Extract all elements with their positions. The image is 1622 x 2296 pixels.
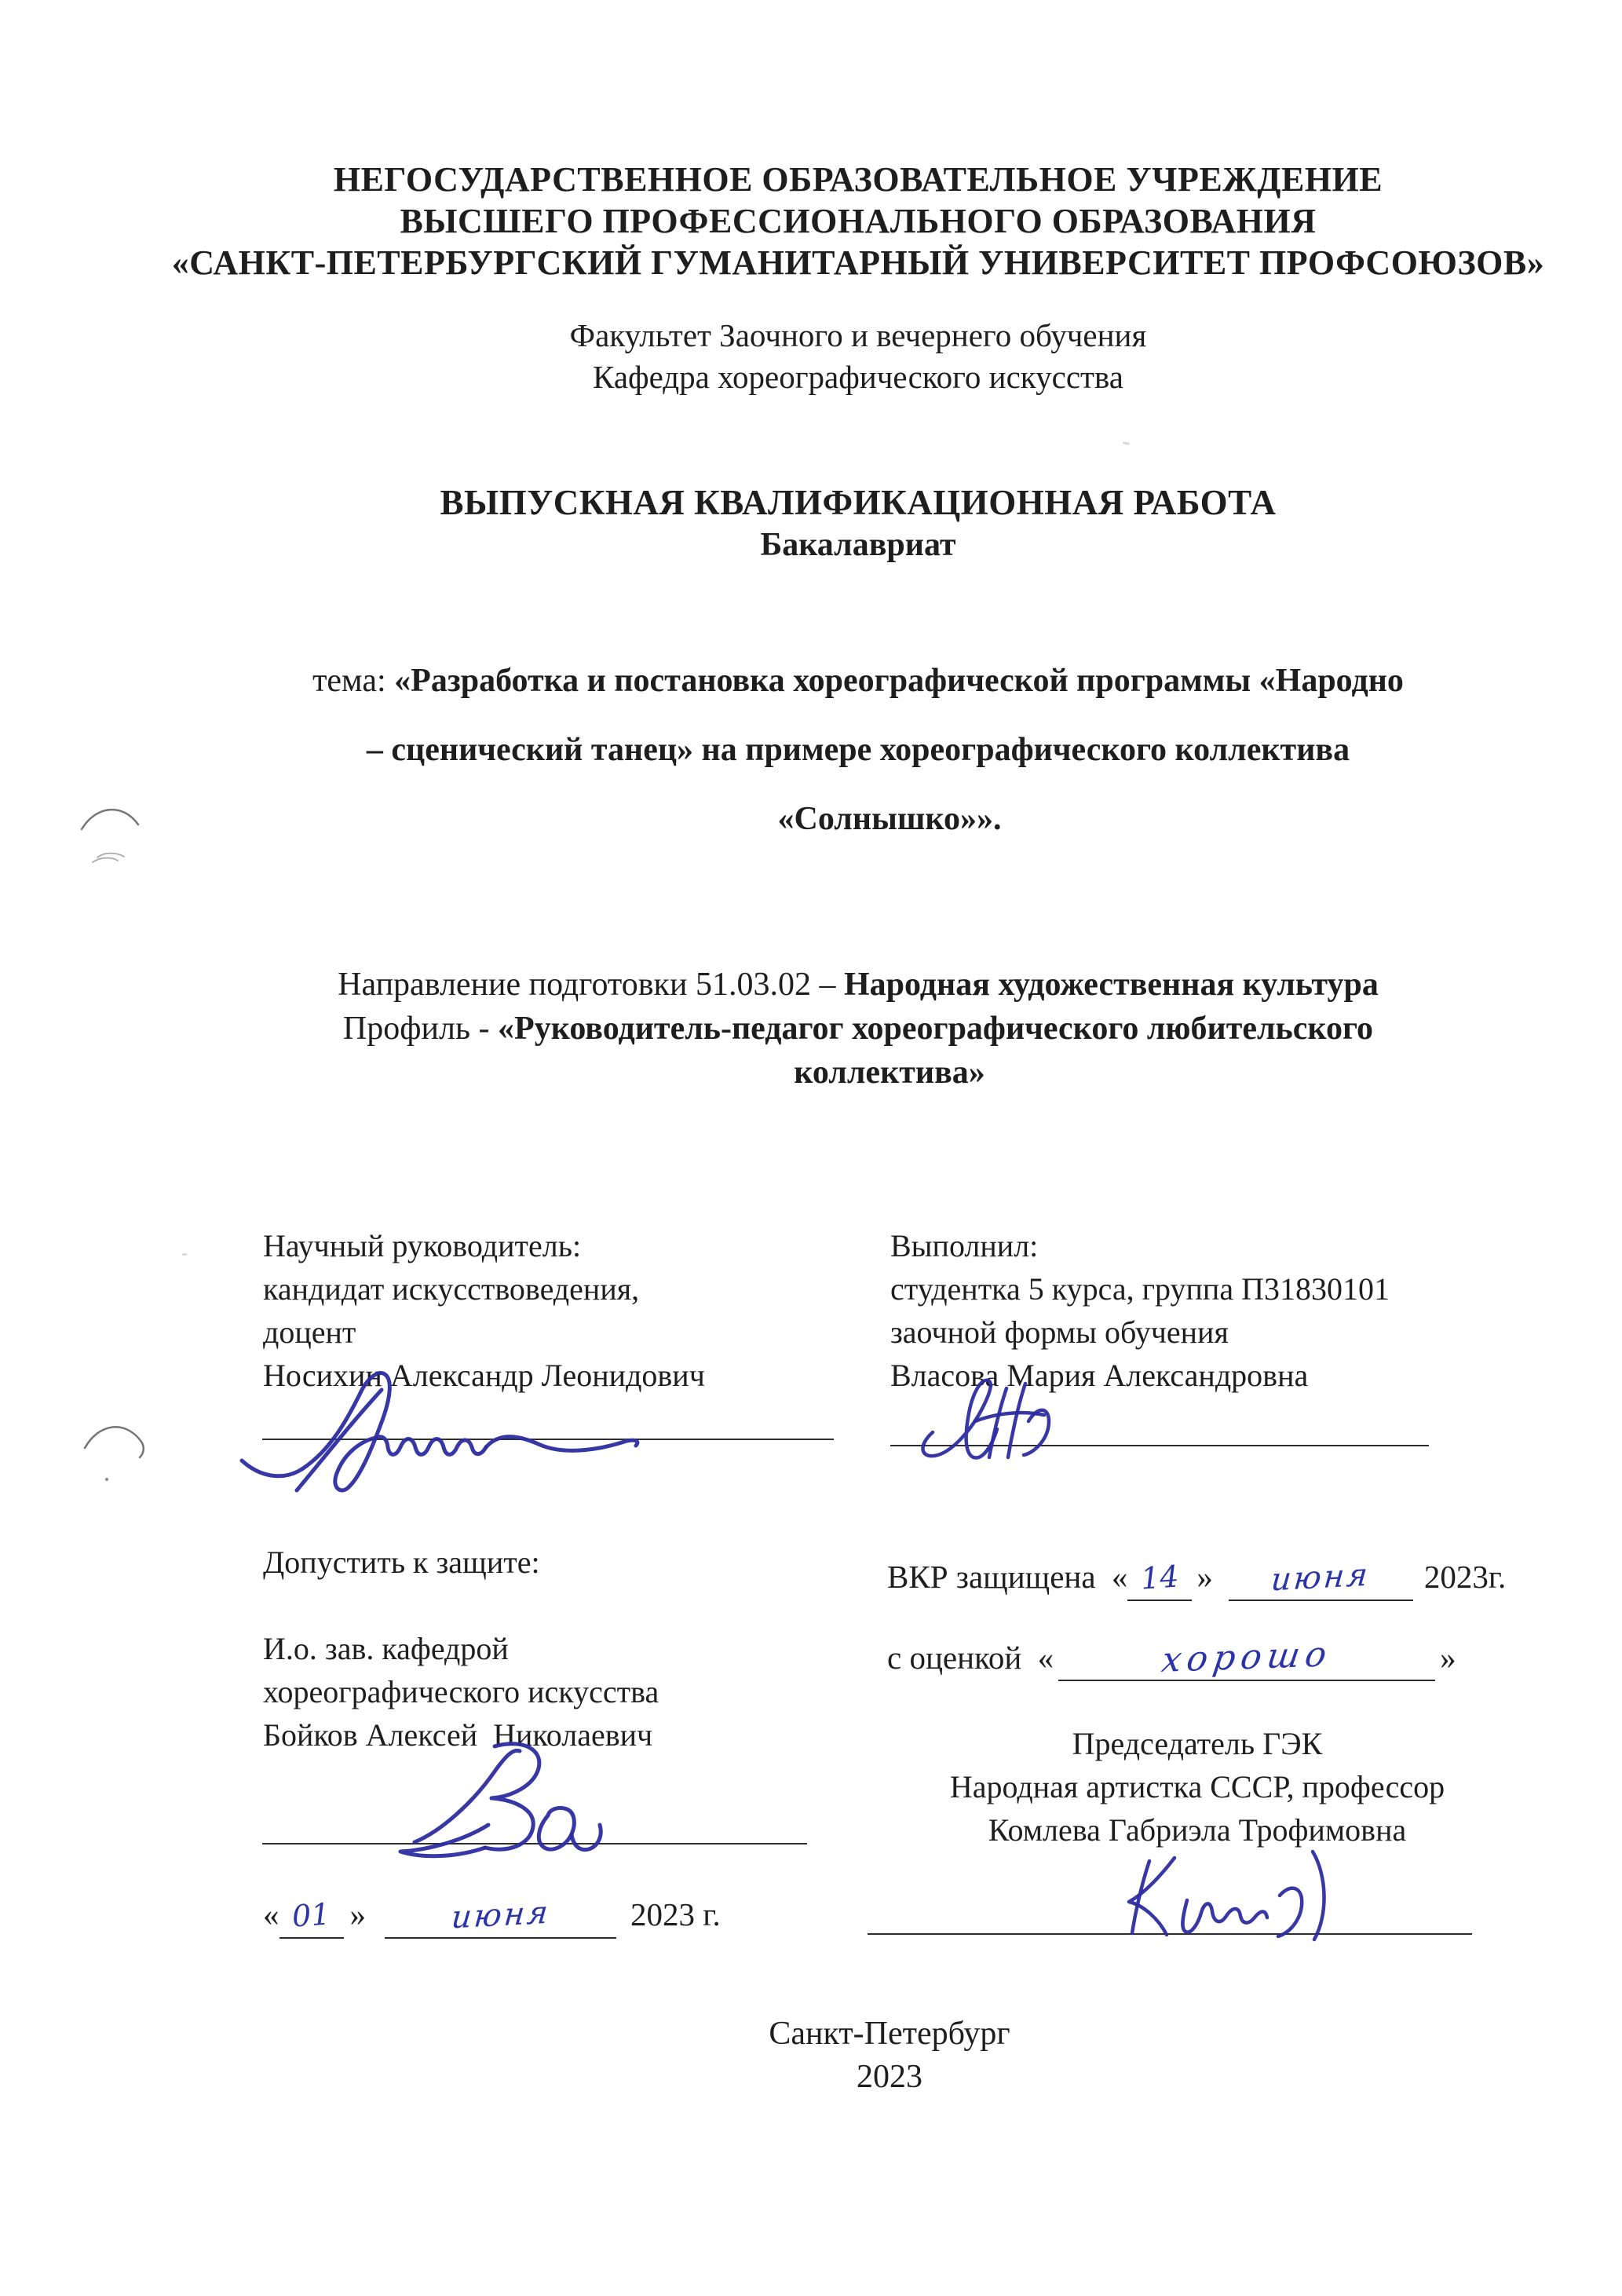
admission-date-row: «01»июня2023 г.	[263, 1894, 721, 1939]
student-signature	[909, 1376, 1074, 1468]
work-type-title: ВЫПУСКНАЯ КВАЛИФИКАЦИОННАЯ РАБОТА	[47, 482, 1622, 523]
university-name-line1: НЕГОСУДАРСТВЕННОЕ ОБРАЗОВАТЕЛЬНОЕ УЧРЕЖД…	[47, 159, 1622, 199]
defense-month-blank: июня	[1229, 1556, 1413, 1601]
close-quote: »	[1440, 1640, 1456, 1676]
degree-level: Бакалавриат	[47, 526, 1622, 564]
close-quote: »	[1196, 1559, 1213, 1595]
thesis-title-page: НЕГОСУДАРСТВЕННОЕ ОБРАЗОВАТЕЛЬНОЕ УЧРЕЖД…	[0, 0, 1622, 2296]
student-info2: заочной формы обучения	[890, 1314, 1229, 1351]
defense-day-handwritten: 14	[1139, 1556, 1180, 1599]
admission-year: 2023 г.	[630, 1896, 721, 1932]
admission-label: Допустить к защите:	[263, 1544, 540, 1581]
admission-position1: И.о. зав. кафедрой	[263, 1630, 509, 1667]
pencil-arc-mark-1	[77, 799, 143, 872]
chair-name: Комлева Габриэла Трофимовна	[868, 1812, 1527, 1848]
supervisor-degree: кандидат искусствоведения,	[263, 1270, 639, 1307]
student-info1: студентка 5 курса, группа П31830101	[890, 1270, 1390, 1307]
chair-signature	[1115, 1847, 1358, 1945]
defense-day-blank: 14	[1127, 1556, 1192, 1601]
open-quote: «	[263, 1896, 279, 1932]
admission-month-blank: июня	[385, 1894, 616, 1939]
theme-line1: тема: «Разработка и постановка хореограф…	[47, 662, 1622, 700]
defense-year: 2023г.	[1424, 1559, 1506, 1595]
profile-line1: Профиль - «Руководитель-педагог хореогра…	[47, 1010, 1622, 1047]
profile-value-line1: «Руководитель-педагог хореографического …	[498, 1011, 1373, 1047]
admission-month-handwritten: июня	[449, 1892, 551, 1939]
footer-year: 2023	[79, 2058, 1622, 2096]
direction-label: Направление подготовки 51.03.02 –	[338, 967, 844, 1003]
pencil-arc-mark-2	[79, 1415, 148, 1487]
supervisor-signature	[229, 1366, 653, 1500]
chair-rank: Народная артистка СССР, профессор	[868, 1768, 1527, 1805]
chair-title: Председатель ГЭК	[868, 1725, 1527, 1762]
grade-blank: хорошо	[1058, 1637, 1435, 1681]
admission-day-handwritten: 01	[291, 1893, 332, 1936]
theme-line3: «Солнышко»».	[79, 800, 1622, 838]
open-quote: «	[1038, 1640, 1054, 1676]
direction-line: Направление подготовки 51.03.02 – Народн…	[47, 966, 1622, 1004]
theme-text-part1: «Разработка и постановка хореографическо…	[394, 663, 1404, 699]
close-quote: »	[350, 1896, 367, 1932]
university-name-line3: «САНКТ-ПЕТЕРБУРГСКИЙ ГУМАНИТАРНЫЙ УНИВЕР…	[47, 243, 1622, 283]
university-name-line2: ВЫСШЕГО ПРОФЕССИОНАЛЬНОГО ОБРАЗОВАНИЯ	[47, 201, 1622, 241]
profile-line2: коллектива»	[79, 1054, 1622, 1091]
faculty-line: Факультет Заочного и вечернего обучения	[47, 316, 1622, 354]
footer-city: Санкт-Петербург	[79, 2015, 1622, 2053]
grade-handwritten: хорошо	[1159, 1634, 1334, 1681]
defense-date-row: ВКР защищена «14»июня2023г.	[887, 1556, 1506, 1601]
profile-label: Профиль -	[343, 1011, 498, 1047]
supervisor-rank: доцент	[263, 1314, 356, 1351]
theme-line2: – сценический танец» на примере хореогра…	[47, 731, 1622, 769]
department-line: Кафедра хореографического искусства	[47, 358, 1622, 396]
admission-day-blank: 01	[279, 1894, 344, 1939]
student-label: Выполнил:	[890, 1227, 1038, 1264]
theme-label: тема:	[312, 663, 386, 699]
direction-value: Народная художественная культура	[844, 967, 1379, 1003]
defense-prefix: ВКР защищена	[887, 1559, 1096, 1595]
grade-label: с оценкой	[887, 1640, 1021, 1676]
admission-signature	[369, 1737, 636, 1859]
admission-position2: хореографического искусства	[263, 1673, 659, 1710]
scan-speck-2	[1123, 441, 1130, 445]
open-quote: «	[1112, 1559, 1128, 1595]
defense-month-handwritten: июня	[1269, 1555, 1372, 1601]
grade-row: с оценкой «хорошо»	[887, 1637, 1456, 1681]
supervisor-label: Научный руководитель:	[263, 1227, 581, 1264]
scan-speck-1	[182, 1253, 187, 1256]
